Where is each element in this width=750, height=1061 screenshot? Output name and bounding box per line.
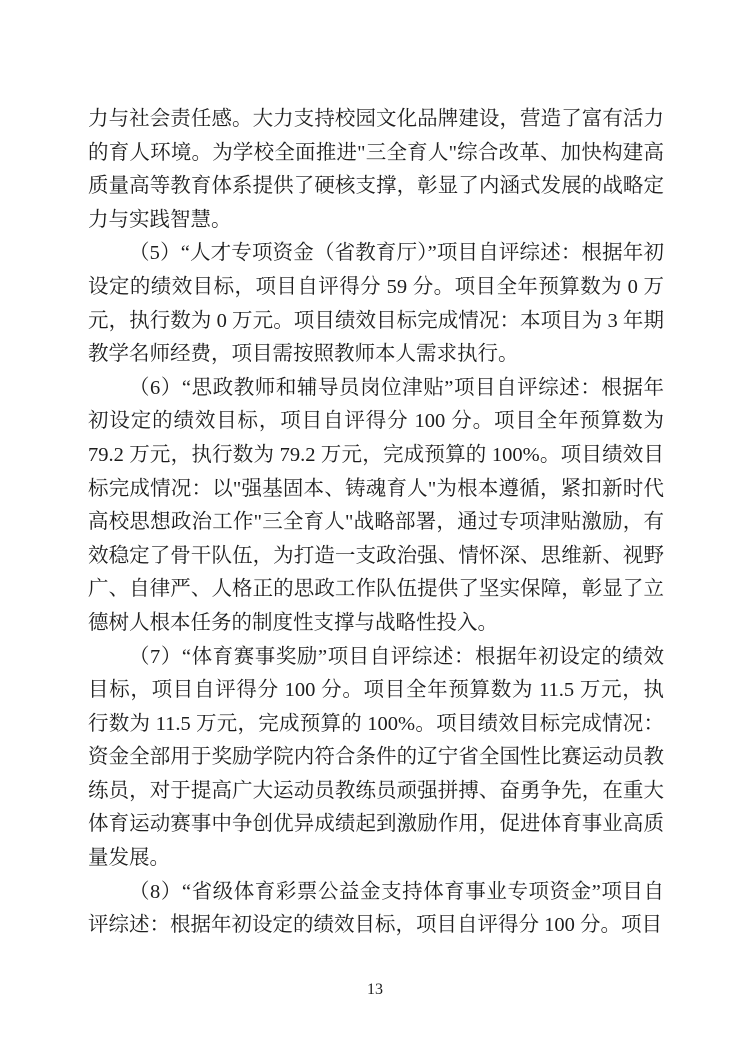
paragraph-item-6: （6）“思政教师和辅导员岗位津贴”项目自评综述：根据年初设定的绩效目标，项目自评… <box>88 372 664 641</box>
document-body: 力与社会责任感。大力支持校园文化品牌建设，营造了富有活力的育人环境。为学校全面推… <box>88 103 664 943</box>
document-page: 力与社会责任感。大力支持校园文化品牌建设，营造了富有活力的育人环境。为学校全面推… <box>0 0 750 1061</box>
paragraph-continuation: 力与社会责任感。大力支持校园文化品牌建设，营造了富有活力的育人环境。为学校全面推… <box>88 103 664 237</box>
paragraph-item-8: （8）“省级体育彩票公益金支持体育事业专项资金”项目自评综述：根据年初设定的绩效… <box>88 876 664 943</box>
paragraph-item-5: （5）“人才专项资金（省教育厅）”项目自评综述：根据年初设定的绩效目标，项目自评… <box>88 237 664 371</box>
page-number: 13 <box>0 981 750 999</box>
paragraph-item-7: （7）“体育赛事奖励”项目自评综述：根据年初设定的绩效目标，项目自评得分 100… <box>88 641 664 876</box>
